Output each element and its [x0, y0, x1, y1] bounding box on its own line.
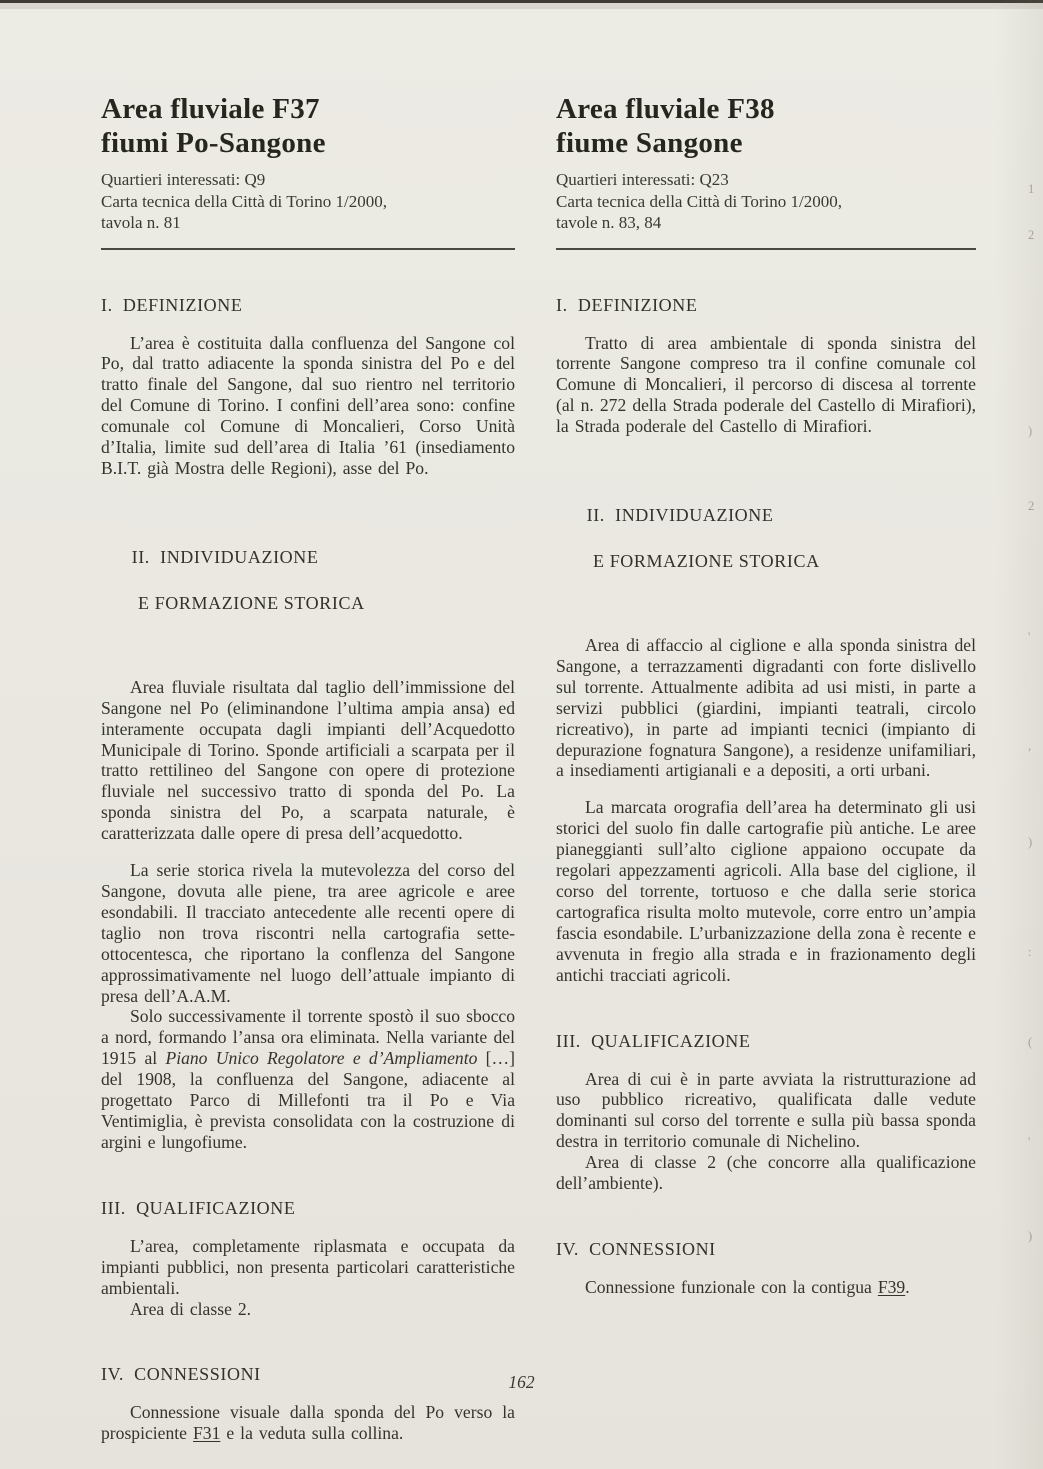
title-line-1: Area fluviale F38	[556, 92, 976, 126]
edge-mark: 2	[1028, 499, 1034, 514]
title-line-2: fiume Sangone	[556, 126, 976, 160]
italic-run-piano-unico: Piano Unico Regolatore e d’Ampliamento	[165, 1048, 477, 1068]
heading-line-1: II. INDIVIDUAZIONE	[587, 505, 774, 525]
right-column: Area fluviale F38 fiume Sangone Quartier…	[556, 92, 976, 1298]
area-title-f38: Area fluviale F38 fiume Sangone	[556, 92, 976, 160]
text-run: .	[905, 1277, 909, 1297]
area-title-f37: Area fluviale F37 fiumi Po-Sangone	[101, 92, 515, 160]
text-run: e la veduta sulla collina.	[220, 1423, 403, 1443]
left-column: Area fluviale F37 fiumi Po-Sangone Quart…	[101, 92, 515, 1444]
edge-mark: )	[1028, 835, 1032, 850]
edge-mark: '	[1028, 630, 1030, 645]
page-number: 162	[0, 1372, 1043, 1393]
heading-connessioni-right: IV. CONNESSIONI	[556, 1238, 976, 1261]
meta-line-tavole: tavole n. 83, 84	[556, 212, 976, 234]
cross-reference-f31: F31	[193, 1423, 220, 1443]
edge-mark: 1	[1028, 182, 1034, 197]
meta-line-tavola: tavola n. 81	[101, 212, 515, 234]
heading-individuazione-left: II. INDIVIDUAZIONE E FORMAZIONE STORICA	[101, 523, 515, 661]
paragraph: Connessione visuale dalla sponda del Po …	[101, 1402, 515, 1444]
paragraph: Tratto di area ambientale di sponda sini…	[556, 333, 976, 438]
paragraph: Area di affaccio al ciglione e alla spon…	[556, 635, 976, 781]
page-right-shade	[995, 0, 1043, 1469]
edge-mark: :	[1028, 945, 1031, 960]
edge-mark: ,	[1028, 739, 1031, 754]
heading-individuazione-right: II. INDIVIDUAZIONE E FORMAZIONE STORICA	[556, 481, 976, 619]
section-divider	[101, 248, 515, 250]
page-top-edge-shadow	[0, 3, 1043, 9]
paragraph: La serie storica rivela la mutevolezza d…	[101, 860, 515, 1006]
edge-mark: '	[1028, 1135, 1030, 1150]
text-run: Connessione funzionale con la contigua	[585, 1277, 878, 1297]
meta-block: Quartieri interessati: Q23 Carta tecnica…	[556, 169, 976, 234]
meta-block: Quartieri interessati: Q9 Carta tecnica …	[101, 169, 515, 234]
paragraph: Connessione funzionale con la contigua F…	[556, 1277, 976, 1298]
section-divider	[556, 248, 976, 250]
heading-qualificazione-right: III. QUALIFICAZIONE	[556, 1030, 976, 1053]
edge-mark: )	[1028, 1229, 1032, 1244]
heading-line-1: II. INDIVIDUAZIONE	[132, 547, 319, 567]
edge-mark: (	[1028, 1035, 1032, 1050]
paragraph: Area di cui è in parte avviata la ristru…	[556, 1069, 976, 1153]
paragraph: Area fluviale risultata dal taglio dell’…	[101, 677, 515, 844]
edge-mark: 2	[1028, 228, 1034, 243]
edge-mark: )	[1028, 424, 1032, 439]
title-line-2: fiumi Po-Sangone	[101, 126, 515, 160]
meta-line-carta: Carta tecnica della Città di Torino 1/20…	[556, 191, 976, 213]
heading-definizione-right: I. DEFINIZIONE	[556, 294, 976, 317]
paragraph: La marcata orografia dell’area ha determ…	[556, 797, 976, 985]
paragraph: Solo successivamente il torrente spostò …	[101, 1006, 515, 1152]
heading-line-2: E FORMAZIONE STORICA	[556, 550, 976, 573]
paragraph: L’area, completamente riplasmata e occup…	[101, 1236, 515, 1299]
title-line-1: Area fluviale F37	[101, 92, 515, 126]
meta-line-quartieri: Quartieri interessati: Q23	[556, 169, 976, 191]
meta-line-quartieri: Quartieri interessati: Q9	[101, 169, 515, 191]
cross-reference-f39: F39	[878, 1277, 905, 1297]
heading-line-2: E FORMAZIONE STORICA	[101, 592, 515, 615]
heading-definizione-left: I. DEFINIZIONE	[101, 294, 515, 317]
meta-line-carta: Carta tecnica della Città di Torino 1/20…	[101, 191, 515, 213]
paragraph: L’area è costituita dalla confluenza del…	[101, 333, 515, 479]
heading-qualificazione-left: III. QUALIFICAZIONE	[101, 1197, 515, 1220]
paragraph-classe: Area di classe 2.	[101, 1299, 515, 1320]
paragraph-classe: Area di classe 2 (che concorre alla qual…	[556, 1152, 976, 1194]
